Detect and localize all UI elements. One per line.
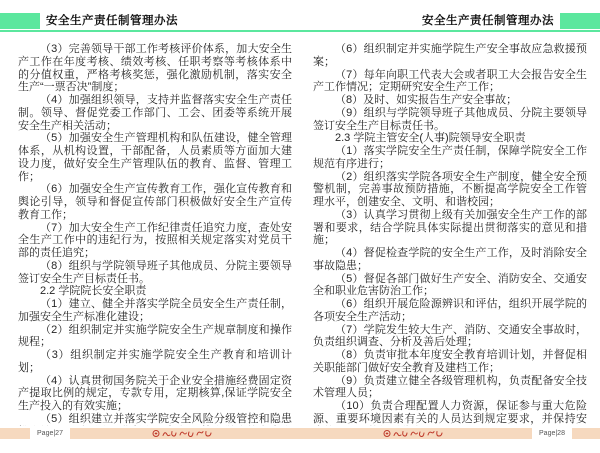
paragraph: （3）完善领导干部工作考核评价体系，加大安全生产工作在年度考核、绩效考核、任职考… bbox=[18, 43, 292, 94]
paragraph: （3）组织制定并实施学院安全生产教育和培训计划； bbox=[18, 349, 292, 375]
paragraph: （4）认真贯彻国务院关于企业安全措施经费固定资产提取比例的规定，专款专用，定期核… bbox=[18, 375, 292, 413]
page-body: （6）组织制定并实施学院生产安全事故应急救援预案； （7）每年向职工代表大会或者… bbox=[313, 43, 587, 426]
paragraph: （7）学院发生较大生产、消防、交通安全事故时，负责组织调查、分析及善后处理； bbox=[313, 324, 587, 350]
paragraph: （1）建立、健全并落实学院全员安全生产责任制，加强安全生产标准化建设； bbox=[18, 298, 292, 324]
paragraph: （5）组织建立并落实学院安全风险分级管控和隐患排查治理双重预防工作机制，督促、检… bbox=[18, 413, 292, 426]
page-number: Page|28 bbox=[532, 428, 572, 439]
page-title: 安全生产责任制管理办法 bbox=[422, 13, 554, 29]
institution-calligraphy-logo bbox=[383, 429, 449, 438]
header-accent-block bbox=[560, 13, 600, 29]
footer-bar-segment bbox=[0, 428, 30, 439]
section-heading: 2.3 学院主管安全(人事)院领导安全职责 bbox=[313, 132, 587, 145]
footer-bar-segment bbox=[300, 428, 532, 439]
paragraph: （7）加大安全生产工作纪律责任追究力度，查处安全生产工作中的违纪行为，按照相关规… bbox=[18, 222, 292, 260]
page-footer: Page|27 bbox=[0, 428, 300, 439]
page-header: 安全生产责任制管理办法 bbox=[300, 12, 600, 32]
paragraph: （8）组织与学院领导班子其他成员、分院主要领导签订安全生产目标责任书。 bbox=[18, 260, 292, 286]
header-accent-block bbox=[0, 13, 40, 29]
page-left: 安全生产责任制管理办法 （3）完善领导干部工作考核评价体系，加大安全生产工作在年… bbox=[0, 0, 300, 453]
footer-bar-segment bbox=[572, 428, 600, 439]
paragraph: （2）组织制定并实施学院安全生产规章制度和操作规程； bbox=[18, 324, 292, 350]
document-spread: 安全生产责任制管理办法 （3）完善领导干部工作考核评价体系，加大安全生产工作在年… bbox=[0, 0, 600, 453]
page-title: 安全生产责任制管理办法 bbox=[46, 13, 178, 29]
section-heading: 2.2 学院院长安全职责 bbox=[18, 285, 292, 298]
paragraph: （6）组织开展危险源辨识和评估，组织开展学院的各项安全生产活动； bbox=[313, 298, 587, 324]
page-right: 安全生产责任制管理办法 （6）组织制定并实施学院生产安全事故应急救援预案； （7… bbox=[300, 0, 600, 453]
paragraph: （8）负责审批本年度安全教育培训计划，并督促相关职能部门做好安全教育及建档工作； bbox=[313, 349, 587, 375]
paragraph: （1）落实学院安全生产责任制，保障学院安全工作规范有序进行； bbox=[313, 145, 587, 171]
paragraph: （6）组织制定并实施学院生产安全事故应急救援预案； bbox=[313, 43, 587, 69]
paragraph: （4）加强组织领导，支持并监督落实安全生产责任制。领导、督促党委工作部门、工会、… bbox=[18, 94, 292, 132]
paragraph: （4）督促检查学院的安全生产工作，及时消除安全事故隐患； bbox=[313, 247, 587, 273]
paragraph: （6）加强安全生产宣传教育工作，强化宣传教育和舆论引导，领导和督促宣传部门积极做… bbox=[18, 183, 292, 221]
page-header: 安全生产责任制管理办法 bbox=[0, 12, 300, 32]
page-number: Page|27 bbox=[30, 428, 70, 439]
paragraph: （5）加强安全生产管理机构和队伍建设，健全管理体系，从机构设置，干部配备，人员素… bbox=[18, 132, 292, 183]
paragraph: （3）认真学习贯彻上级有关加强安全生产工作的部署和要求，结合学院具体实际提出贯彻… bbox=[313, 209, 587, 247]
institution-calligraphy-logo bbox=[152, 429, 218, 438]
footer-bar-segment bbox=[70, 428, 300, 439]
paragraph: （7）每年向职工代表大会或者职工大会报告安全生产工作情况；定期研究安全生产工作； bbox=[313, 69, 587, 95]
paragraph: （9）组织与学院领导班子其他成员、分院主要领导签订安全生产目标责任书。 bbox=[313, 107, 587, 133]
page-footer: Page|28 bbox=[300, 428, 600, 439]
paragraph: （8）及时、如实报告生产安全事故； bbox=[313, 94, 587, 107]
paragraph: （10）负责合理配置人力资源，保证参与重大危险源、重要环境因素有关的人员达到规定… bbox=[313, 400, 587, 426]
paragraph: （9）负责建立健全各级管理机构，负责配备安全技术管理人员； bbox=[313, 375, 587, 401]
paragraph: （2）组织落实学院各项安全生产制度，健全安全预警机制，完善事故预防措施，不断提高… bbox=[313, 171, 587, 209]
paragraph: （5）督促各部门做好生产安全、消防安全、交通安全和职业危害防治工作； bbox=[313, 273, 587, 299]
page-body: （3）完善领导干部工作考核评价体系，加大安全生产工作在年度考核、绩效考核、任职考… bbox=[18, 43, 292, 426]
